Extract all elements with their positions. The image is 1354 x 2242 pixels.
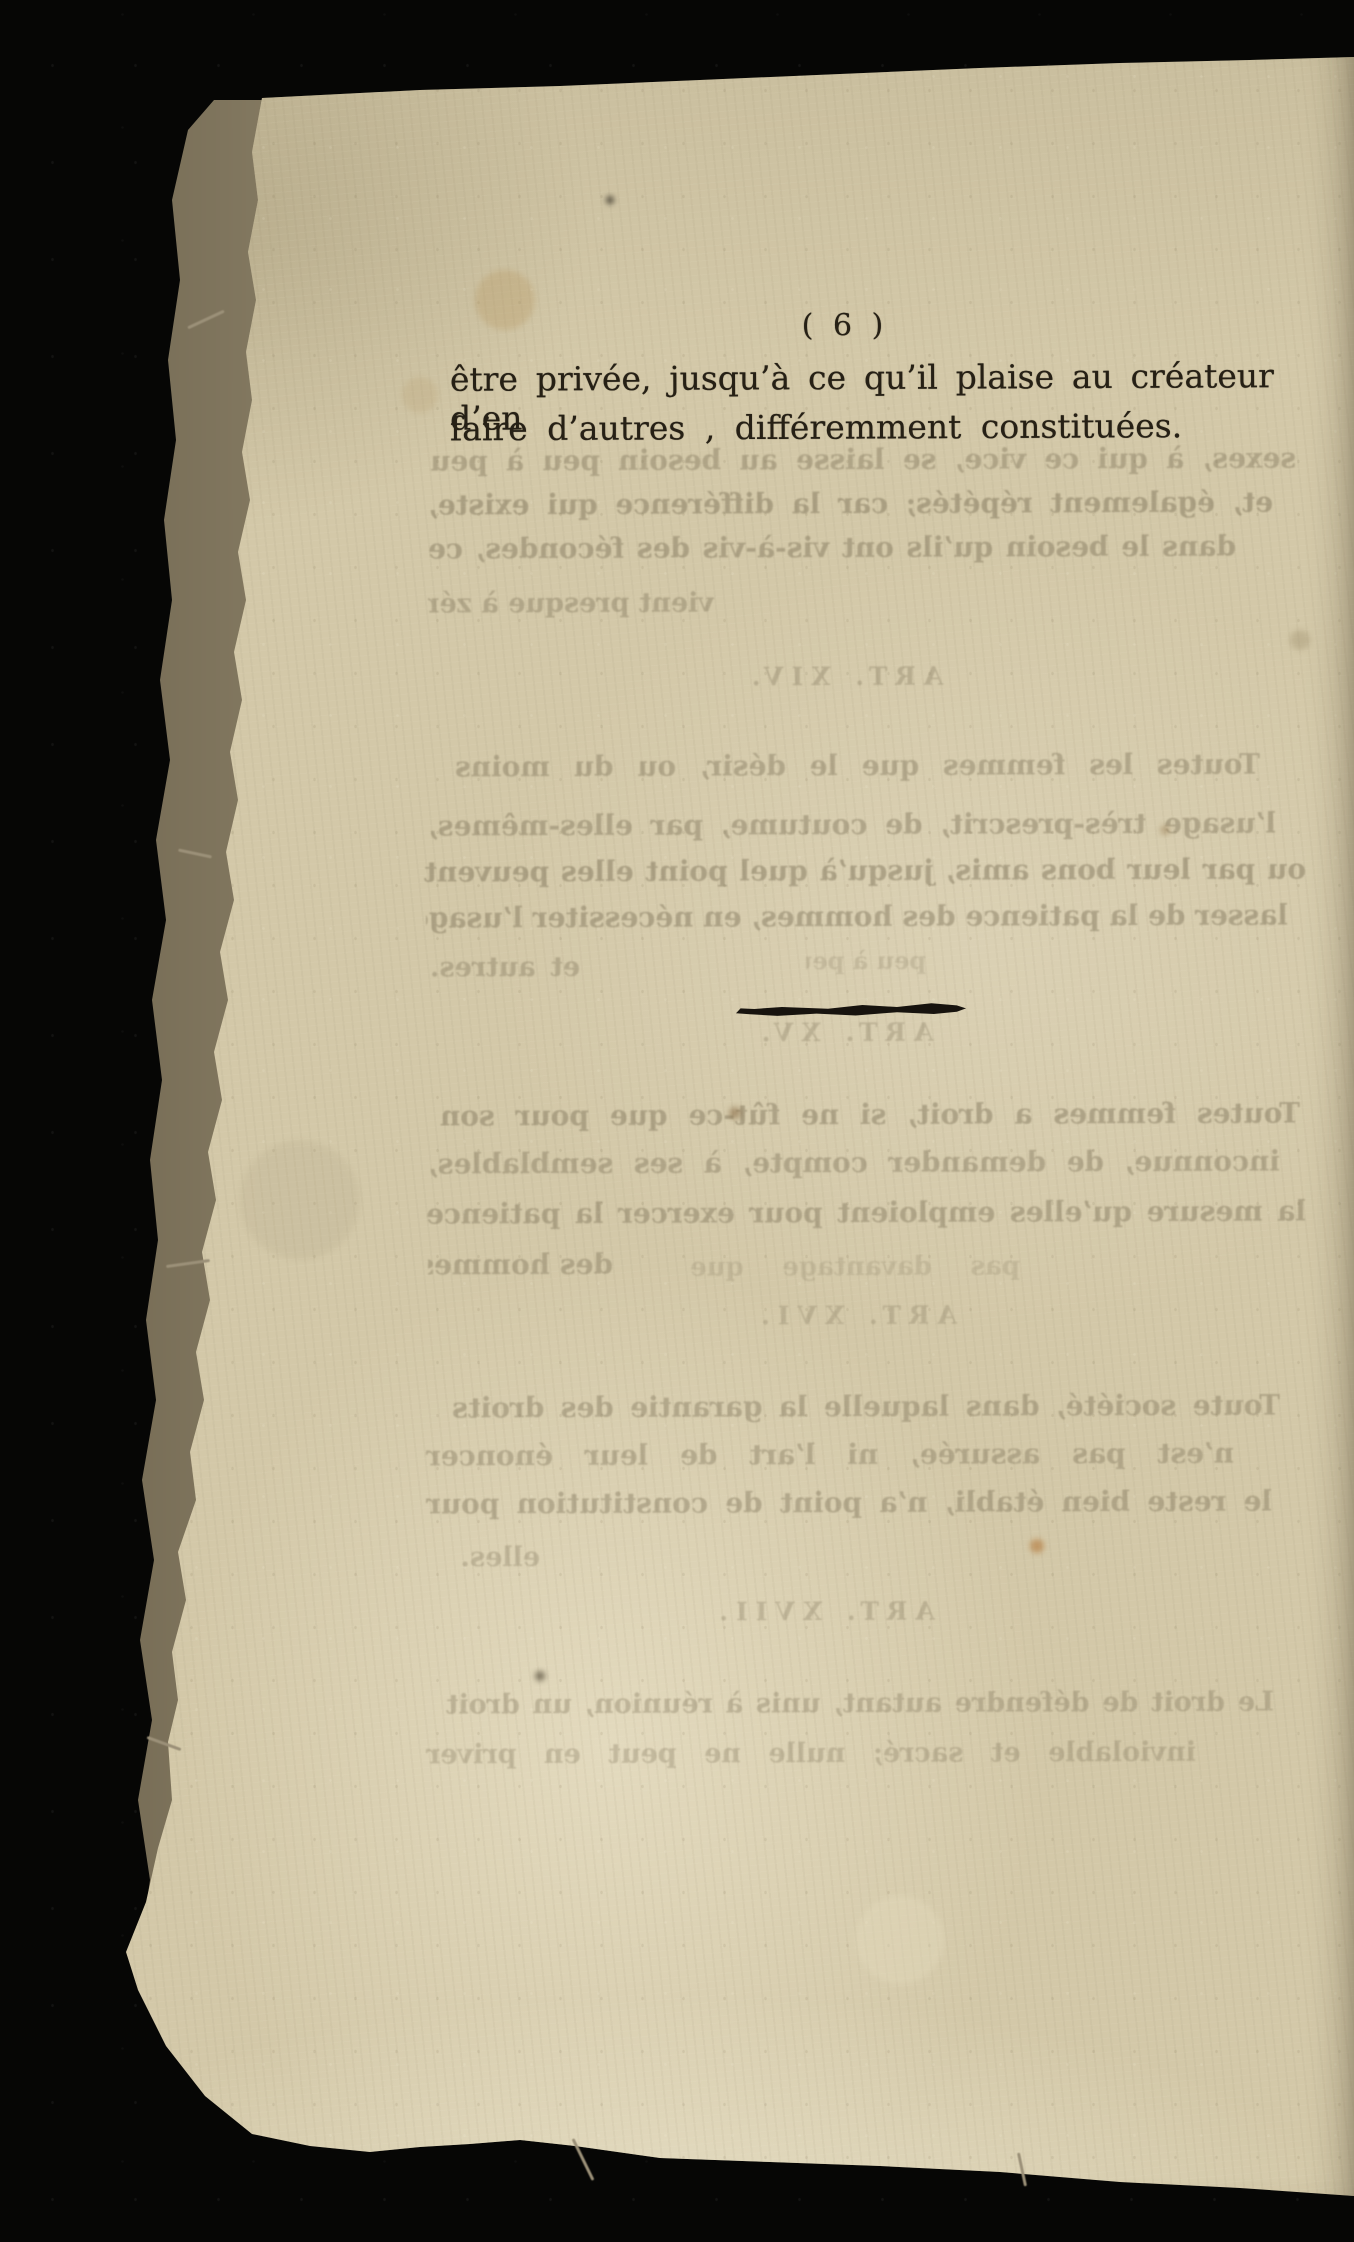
scanner-background: sexes, à qui ce vice, se laisse au besoi… — [0, 0, 1354, 2242]
